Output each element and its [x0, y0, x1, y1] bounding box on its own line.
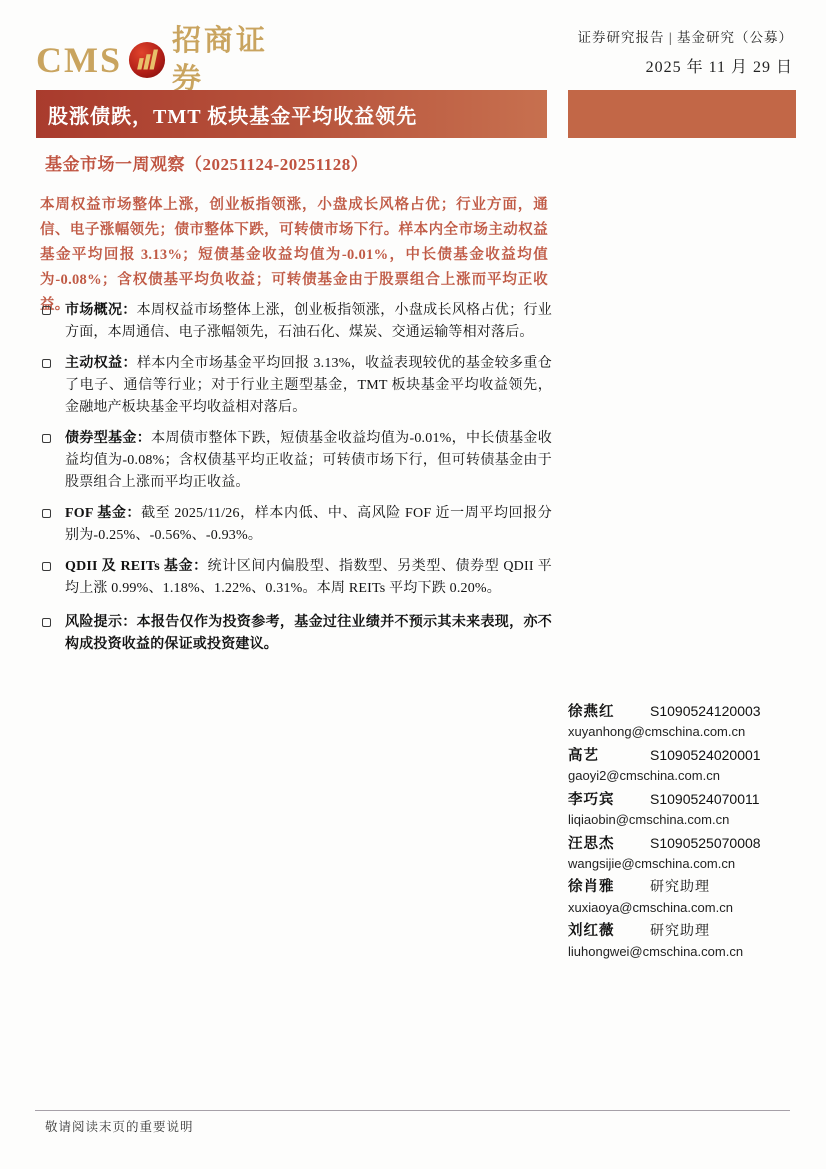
- analyst-name: 徐燕红: [568, 701, 650, 723]
- bullet-label: 风险提示：: [65, 615, 137, 630]
- bullet-fof-funds: FOF 基金：截至 2025/11/26，样本内低、中、高风险 FOF 近一周平…: [40, 503, 552, 547]
- bullet-active-equity: 主动权益：样本内全市场基金平均回报 3.13%，收益表现较优的基金较多重仓了电子…: [40, 353, 552, 419]
- accent-block: [568, 90, 796, 138]
- cms-logo-icon: [128, 41, 166, 79]
- analyst-name: 徐肖雅: [568, 876, 650, 898]
- key-points-list: 市场概况：本周权益市场整体上涨，创业板指领涨，小盘成长风格占优；行业方面，本周通…: [40, 300, 552, 665]
- analyst-entry: 高艺 S1090524020001 gaoyi2@cmschina.com.cn: [568, 744, 800, 785]
- analyst-email: wangsijie@cmschina.com.cn: [568, 855, 800, 873]
- bullet-label: 主动权益：: [65, 356, 137, 371]
- analyst-role: 研究助理: [650, 877, 710, 899]
- bullet-text: FOF 基金：截至 2025/11/26，样本内低、中、高风险 FOF 近一周平…: [65, 503, 552, 547]
- square-bullet-icon: [42, 618, 51, 627]
- report-subtitle: 基金市场一周观察（20251124-20251128）: [45, 150, 545, 175]
- bullet-text: 主动权益：样本内全市场基金平均回报 3.13%，收益表现较优的基金较多重仓了电子…: [65, 353, 552, 419]
- analyst-license-id: S1090524020001: [650, 744, 761, 766]
- report-page: CMS: [0, 0, 826, 1169]
- report-date: 2025 年 11 月 29 日: [578, 54, 793, 77]
- bullet-label: FOF 基金：: [65, 506, 141, 521]
- bullet-body: 样本内全市场基金平均回报 3.13%，收益表现较优的基金较多重仓了电子、通信等行…: [65, 356, 552, 415]
- bullet-bond-funds: 债券型基金：本周债市整体下跌，短债基金收益均值为-0.01%，中长债基金收益均值…: [40, 428, 552, 494]
- footer-divider: [35, 1110, 790, 1111]
- footer-disclaimer: 敬请阅读末页的重要说明: [45, 1117, 194, 1135]
- analyst-license-id: S1090524070011: [650, 788, 760, 810]
- square-bullet-icon: [42, 306, 51, 315]
- bullet-text: QDII 及 REITs 基金：统计区间内偏股型、指数型、另类型、债券型 QDI…: [65, 556, 552, 600]
- bullet-text: 债券型基金：本周债市整体下跌，短债基金收益均值为-0.01%，中长债基金收益均值…: [65, 428, 552, 494]
- bullet-risk-warning: 风险提示：本报告仅作为投资参考，基金过往业绩并不预示其未来表现，亦不构成投资收益…: [40, 612, 552, 656]
- bullet-label: 市场概况：: [65, 303, 137, 318]
- analyst-name: 李巧宾: [568, 789, 650, 811]
- title-banner: 股涨债跌，TMT 板块基金平均收益领先: [36, 90, 547, 138]
- analyst-name: 汪思杰: [568, 833, 650, 855]
- square-bullet-icon: [42, 562, 51, 571]
- bullet-qdii-reits: QDII 及 REITs 基金：统计区间内偏股型、指数型、另类型、债券型 QDI…: [40, 556, 552, 600]
- report-type: 证券研究报告 | 基金研究（公募）: [578, 26, 793, 46]
- bullet-label: QDII 及 REITs 基金：: [65, 559, 208, 574]
- analyst-email: liqiaobin@cmschina.com.cn: [568, 811, 800, 829]
- analyst-list: 徐燕红 S1090524120003 xuyanhong@cmschina.co…: [568, 700, 800, 964]
- analyst-entry: 李巧宾 S1090524070011 liqiaobin@cmschina.co…: [568, 788, 800, 829]
- analyst-entry: 徐肖雅 研究助理 xuxiaoya@cmschina.com.cn: [568, 876, 800, 917]
- analyst-email: xuyanhong@cmschina.com.cn: [568, 723, 800, 741]
- analyst-entry: 汪思杰 S1090525070008 wangsijie@cmschina.co…: [568, 832, 800, 873]
- analyst-license-id: S1090524120003: [650, 700, 761, 722]
- report-title: 股涨债跌，TMT 板块基金平均收益领先: [48, 100, 417, 129]
- analyst-email: gaoyi2@cmschina.com.cn: [568, 767, 800, 785]
- bullet-market-overview: 市场概况：本周权益市场整体上涨，创业板指领涨，小盘成长风格占优；行业方面，本周通…: [40, 300, 552, 344]
- analyst-name: 高艺: [568, 745, 650, 767]
- analyst-entry: 徐燕红 S1090524120003 xuyanhong@cmschina.co…: [568, 700, 800, 741]
- analyst-name: 刘红薇: [568, 920, 650, 942]
- logo-cms-text: CMS: [36, 40, 122, 80]
- bullet-text: 风险提示：本报告仅作为投资参考，基金过往业绩并不预示其未来表现，亦不构成投资收益…: [65, 612, 552, 656]
- bullet-body: 本报告仅作为投资参考，基金过往业绩并不预示其未来表现，亦不构成投资收益的保证或投…: [65, 615, 552, 652]
- logo-brand-text: 招商证券: [172, 22, 286, 98]
- analyst-entry: 刘红薇 研究助理 liuhongwei@cmschina.com.cn: [568, 920, 800, 961]
- square-bullet-icon: [42, 359, 51, 368]
- header-meta: 证券研究报告 | 基金研究（公募） 2025 年 11 月 29 日: [578, 26, 793, 77]
- bullet-text: 市场概况：本周权益市场整体上涨，创业板指领涨，小盘成长风格占优；行业方面，本周通…: [65, 300, 552, 344]
- analyst-email: xuxiaoya@cmschina.com.cn: [568, 899, 800, 917]
- square-bullet-icon: [42, 509, 51, 518]
- bullet-label: 债券型基金：: [65, 431, 151, 446]
- analyst-role: 研究助理: [650, 921, 710, 943]
- analyst-license-id: S1090525070008: [650, 832, 761, 854]
- square-bullet-icon: [42, 434, 51, 443]
- bullet-body: 本周权益市场整体上涨，创业板指领涨，小盘成长风格占优；行业方面，本周通信、电子涨…: [65, 303, 552, 340]
- analyst-email: liuhongwei@cmschina.com.cn: [568, 943, 800, 961]
